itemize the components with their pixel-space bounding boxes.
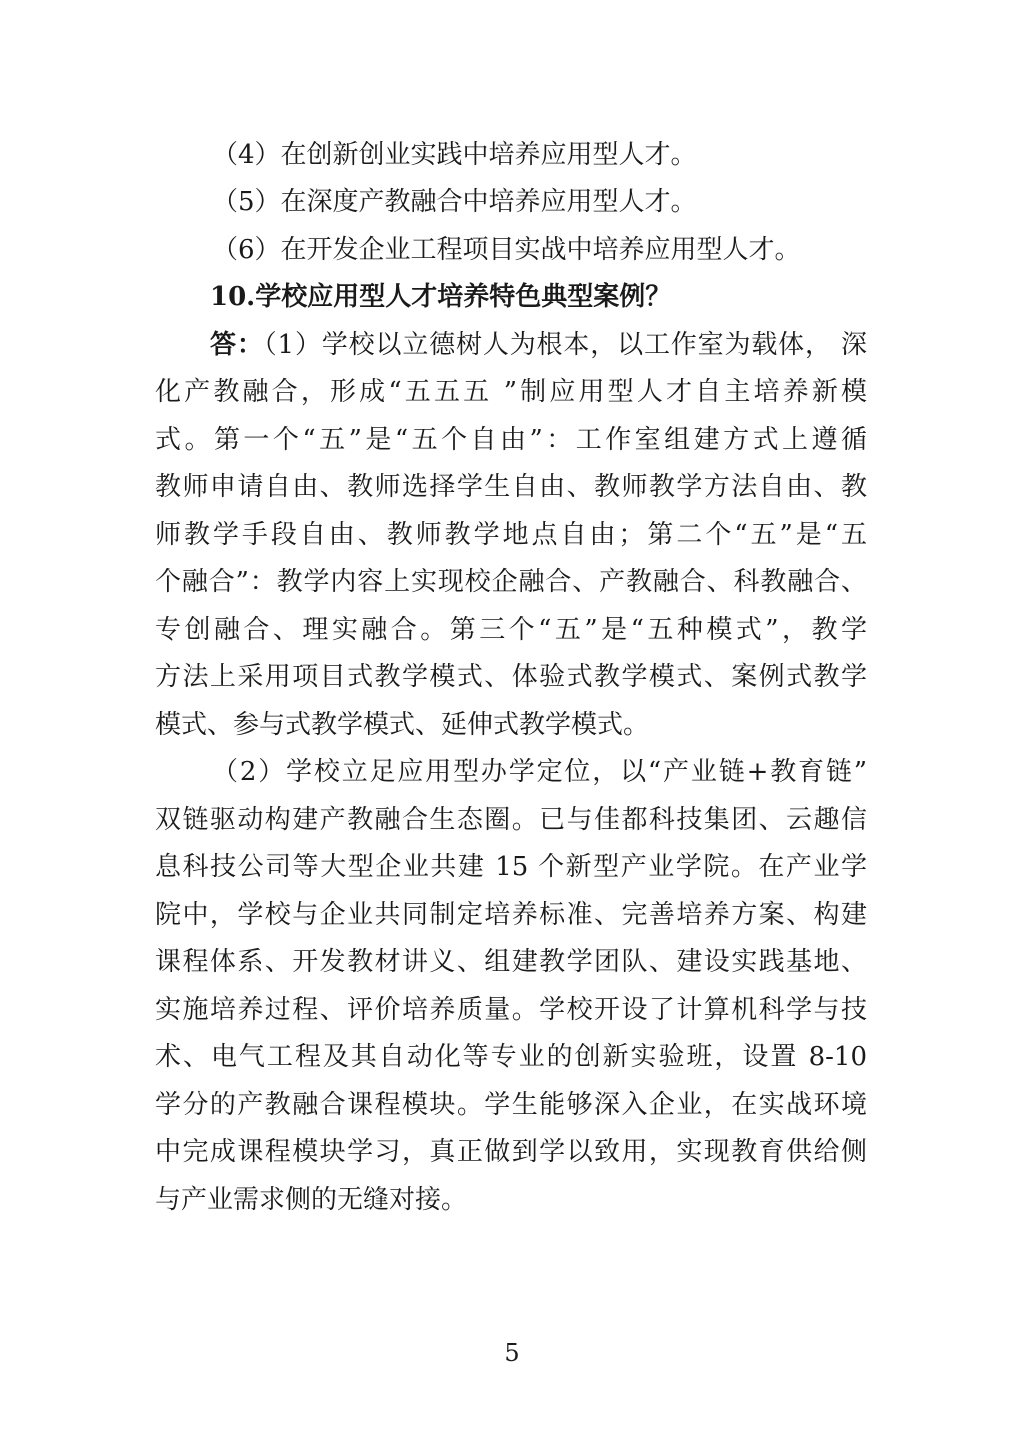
answer-p2-line-8: 学分的产教融合课程模块。学生能够深入企业，在实战环境	[155, 1085, 867, 1125]
answer-p2-line-7: 术、电气工程及其自动化等专业的创新实验班，设置 8-10	[155, 1037, 867, 1077]
answer-p1-line-7: 专创融合、理实融合。第三个“五”是“五种模式”，教学	[155, 610, 867, 650]
answer-p1-line-5: 师教学手段自由、教师教学地点自由；第二个“五”是“五	[155, 515, 867, 555]
answer-p2-line-5: 课程体系、开发教材讲义、组建教学团队、建设实践基地、	[155, 942, 867, 982]
answer-p2-line-9: 中完成课程模块学习，真正做到学以致用，实现教育供给侧	[155, 1132, 867, 1172]
answer-p1-line-3: 式。第一个“五”是“五个自由”：工作室组建方式上遵循	[155, 420, 867, 460]
question-heading: 10.学校应用型人才培养特色典型案例？	[210, 277, 865, 317]
list-item-6: （6）在开发企业工程项目实战中培养应用型人才。	[212, 230, 867, 270]
answer-p2-line-4: 院中，学校与企业共同制定培养标准、完善培养方案、构建	[155, 895, 867, 935]
answer-p1-line-8: 方法上采用项目式教学模式、体验式教学模式、案例式教学	[155, 657, 867, 697]
answer-p1-line-2: 化产教融合，形成“五五五 ”制应用型人才自主培养新模	[155, 372, 867, 412]
answer-p1-line-1: （1）学校以立德树人为根本，以工作室为载体， 深	[264, 330, 867, 360]
list-item-5: （5）在深度产教融合中培养应用型人才。	[212, 182, 867, 222]
document-page: （4）在创新创业实践中培养应用型人才。 （5）在深度产教融合中培养应用型人才。 …	[0, 0, 1024, 1448]
answer-p2-line-3: 息科技公司等大型企业共建 15 个新型产业学院。在产业学	[155, 847, 867, 887]
answer-p2-line-10: 与产业需求侧的无缝对接。	[155, 1180, 867, 1220]
answer-p2-line-2: 双链驱动构建产教融合生态圈。已与佳都科技集团、云趣信	[155, 800, 867, 840]
answer-first-line: 答：（1）学校以立德树人为根本，以工作室为载体， 深	[210, 325, 867, 365]
answer-p2-line-6: 实施培养过程、评价培养质量。学校开设了计算机科学与技	[155, 990, 867, 1030]
answer-p1-line-6: 个融合”：教学内容上实现校企融合、产教融合、科教融合、	[155, 562, 867, 602]
answer-p2-line-1: （2）学校立足应用型办学定位，以“产业链+教育链”	[212, 752, 867, 792]
page-number: 5	[0, 1338, 1024, 1368]
answer-p1-line-4: 教师申请自由、教师选择学生自由、教师教学方法自由、教	[155, 467, 867, 507]
list-item-4: （4）在创新创业实践中培养应用型人才。	[212, 135, 867, 175]
answer-label: 答：	[210, 330, 264, 360]
answer-p1-line-9: 模式、参与式教学模式、延伸式教学模式。	[155, 705, 867, 745]
